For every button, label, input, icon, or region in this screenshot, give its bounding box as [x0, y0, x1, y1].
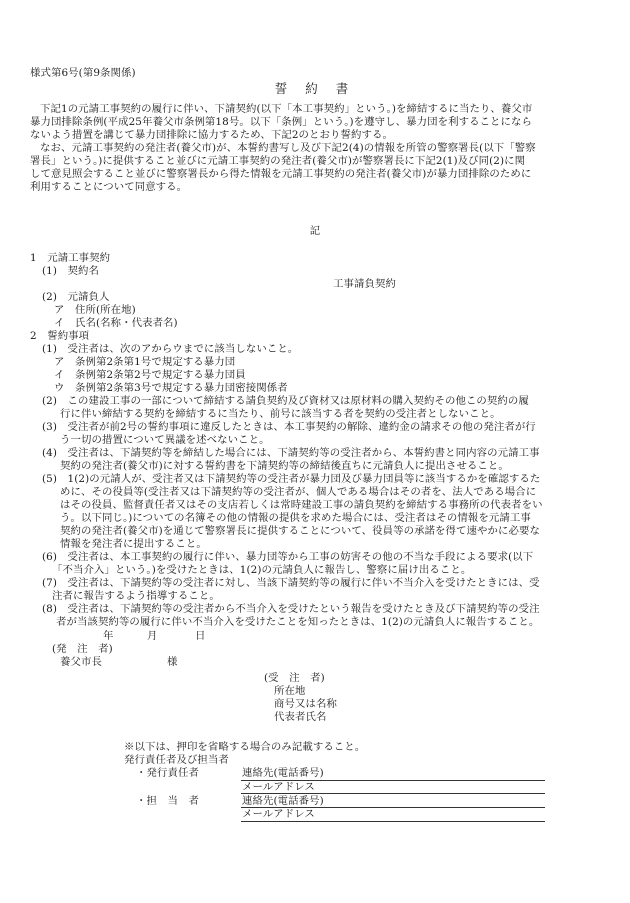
contractor-representative-label: 代表者氏名 [274, 711, 326, 724]
pledge-item-5: (5) 1(2)の元請人が、受注者又は下請契約等の受注者が暴力団及び暴力団員等に… [42, 473, 540, 486]
pledge-subitem: イ 条例第2条第2号で規定する暴力団員 [54, 369, 246, 382]
section1-item2: (2) 元請負人 [42, 291, 109, 304]
pledge-item-8: (8) 受注者は、下請契約等の受注者から不当介入を受けたという報告を受けたとき及… [42, 603, 540, 616]
intro-line: 利用することについて同意する。 [30, 181, 187, 194]
date-day: 日 [195, 630, 206, 643]
issuer-phone-label: 連絡先(電話番号) [242, 767, 324, 780]
section1-item1: (1) 契約名 [42, 265, 99, 278]
pledge-item-5-cont: 情報を発注者に提出すること。 [60, 538, 207, 551]
seal-omission-note: ※以下は、押印を省略する場合のみ記載すること。 [124, 741, 365, 754]
pledge-item-4: (4) 受注者は、下請契約等を締結した場合には、下請契約等の受注者から、本誓約書… [42, 447, 540, 460]
intro-line: なお、元請工事契約の発注者(養父市)が、本誓約書写し及び下記2(4)の情報を所管… [40, 142, 536, 155]
pledge-item-7: (7) 受注者は、下請契約等の受注者に対し、当該下請契約等の履行に伴い不当介入を… [42, 577, 540, 590]
pledge-item-5-cont: う。以下同じ。)についての名簿その他の情報の提供を求めた場合には、受注者はその情… [60, 512, 531, 525]
section2-heading: 2 誓約事項 [30, 330, 89, 343]
orderer-label: (発 注 者) [52, 643, 113, 656]
pledge-item-4-cont: 契約の発注者(養父市)に対する誓約書を下請契約等の締結後直ちに元請負人に提出させ… [60, 460, 509, 473]
pledge-item-5-cont: はその役員、監督責任者又はその支店若しくは常時建設工事の請負契約を締結する事務所… [60, 499, 543, 512]
responsible-heading: 発行責任者及び担当者 [124, 754, 229, 767]
issuer-label: ・発行責任者 [136, 767, 199, 780]
staff-label: ・担 当 者 [136, 795, 199, 808]
contract-name-value: 工事請負契約 [333, 278, 396, 291]
orderer-name: 養父市長 [60, 656, 102, 669]
intro-line: して意見照会すること並びに警察署長から得た情報を元請工事契約の発注者(養父市)が… [30, 168, 531, 181]
intro-line: ないよう措置を講じて暴力団排除に協力するため、下記2のとおり誓約する。 [30, 129, 393, 142]
pledge-subitem: ア 条例第2条第1号で規定する暴力団 [54, 356, 235, 369]
contractor-company-label: 商号又は名称 [274, 698, 337, 711]
pledge-item-7-cont: 注者に報告するよう指導すること。 [52, 590, 220, 603]
date-year: 年 [103, 630, 114, 643]
pledge-item-3-cont: う一切の措置について異議を述べないこと。 [60, 434, 270, 447]
intro-line: 下記1の元請工事契約の履行に伴い、下請契約(以下「本工事契約」という。)を締結す… [40, 103, 532, 116]
orderer-honorific: 様 [167, 656, 178, 669]
pledge-item-5-cont: めに、その役員等(受注者又は下請契約等の受注者が、個人である場合はその者を、法人… [60, 486, 536, 499]
intro-line: 暴力団排除条例(平成25年養父市条例第18号。以下「条例」という。)を遵守し、暴… [30, 116, 532, 129]
pledge-item-2: (2) この建設工事の一部について締結する請負契約及び資材又は原材料の購入契約そ… [42, 395, 529, 408]
name-label: イ 氏名(名称・代表者名) [54, 317, 178, 330]
date-month: 月 [147, 630, 158, 643]
pledge-item-3: (3) 受注者が前2号の誓約事項に違反したときは、本工事契約の解除、違約金の請求… [42, 421, 536, 434]
address-label: ア 住所(所在地) [54, 304, 136, 317]
pledge-subitem: ウ 条例第2条第3号で規定する暴力団密接関係者 [54, 382, 288, 395]
intro-line: 署長」という。)に提供すること並びに元請工事契約の発注者(養父市)が警察署長に下… [30, 155, 525, 168]
pledge-item-6: (6) 受注者は、本工事契約の履行に伴い、暴力団等から工事の妨害その他の不当な手… [42, 551, 533, 564]
contractor-address-label: 所在地 [274, 685, 305, 698]
staff-email-line [241, 821, 545, 822]
pledge-item-1: (1) 受注者は、次のアからウまでに該当しないこと。 [42, 343, 298, 356]
issuer-email-line [241, 793, 545, 794]
ki-heading: 記 [0, 222, 630, 237]
contractor-label: (受 注 者) [264, 672, 325, 685]
section1-heading: 1 元請工事契約 [30, 252, 110, 265]
page-title: 誓 約 書 [0, 79, 630, 97]
staff-email-label: メールアドレス [242, 808, 315, 821]
pledge-item-8-cont: 者が当該契約等の履行に伴い不当介入を受けたことを知ったときは、1(2)の元請負人… [56, 616, 539, 629]
pledge-item-6-cont: 「不当介入」という。)を受けたときは、1(2)の元請負人に報告し、警察に届け出る… [52, 564, 471, 577]
pledge-item-5-cont: 契約の発注者(養父市)を通じて警察署長に提供することについて、役員等の承諾を得て… [60, 525, 540, 538]
pledge-item-2-cont: 行に伴い締結する契約を締結するに当たり、前号に該当する者を契約の受注者としないこ… [60, 408, 501, 421]
